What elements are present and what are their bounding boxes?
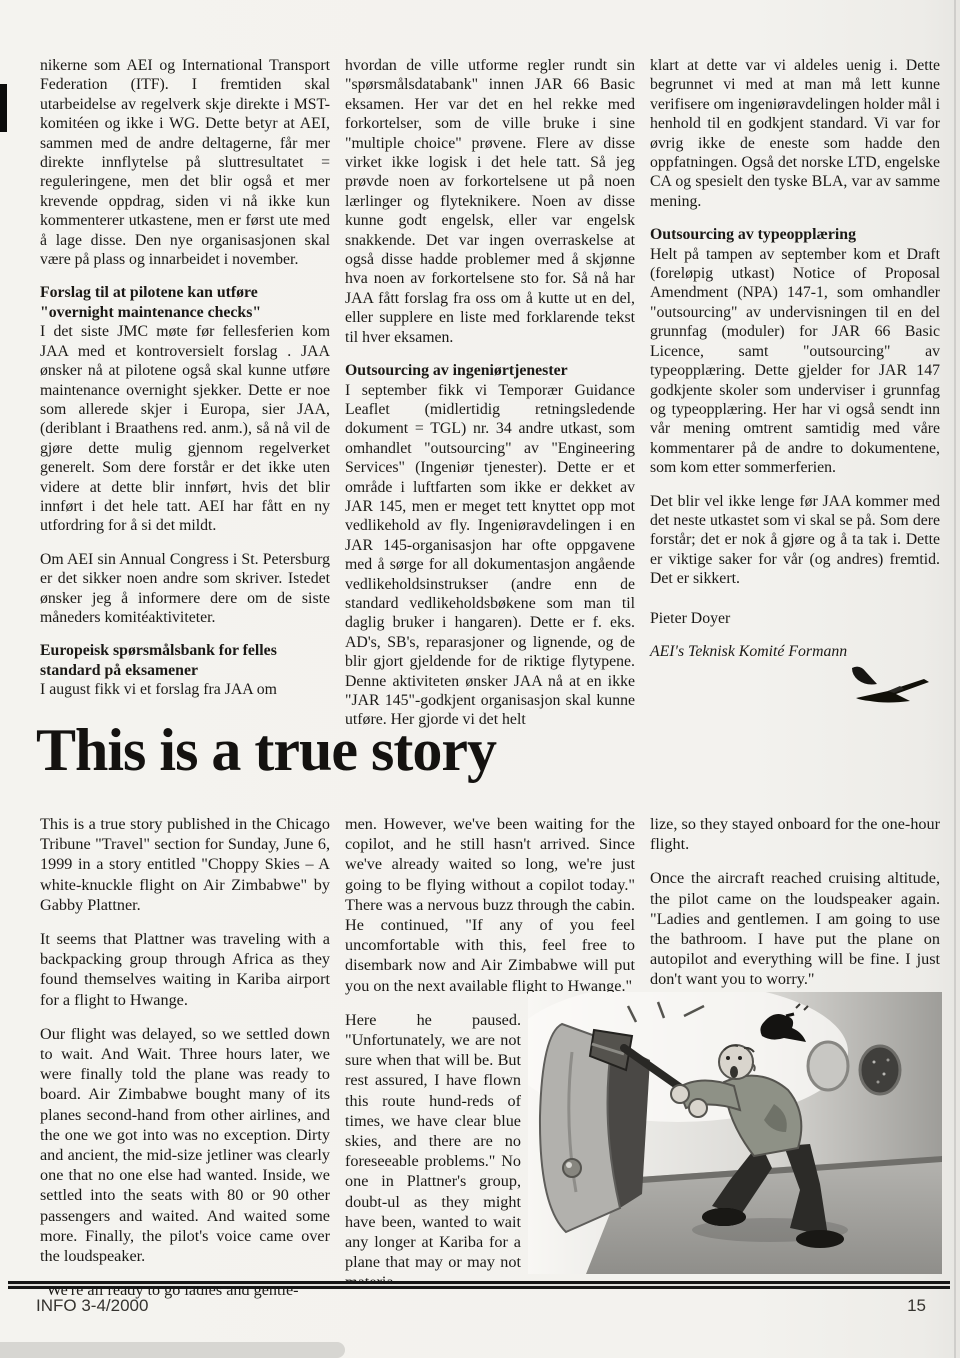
paragraph: Helt på tampen av september kom et Draft… xyxy=(650,245,940,478)
paragraph: Pieter Doyer xyxy=(650,609,940,628)
magazine-page: nikerne som AEI og International Transpo… xyxy=(0,0,960,1358)
footer-rule xyxy=(8,1281,950,1289)
section-heading: Outsourcing av typeopplæring xyxy=(650,225,940,244)
scan-artifact-bar xyxy=(0,84,7,132)
paragraph: nikerne som AEI og International Transpo… xyxy=(40,56,330,269)
aei-column-3: klart at dette var vi aldeles uenig i. D… xyxy=(650,56,940,744)
story-title: This is a true story xyxy=(36,716,496,785)
paragraph: lize, so they stayed onboard for the one… xyxy=(650,814,940,854)
section-heading: Europeisk spørsmålsbank for felles stand… xyxy=(40,641,330,680)
paragraph: AEI's Teknisk Komité Formann xyxy=(650,642,940,661)
airplane-icon xyxy=(830,662,934,706)
paragraph: Om AEI sin Annual Congress i St. Petersb… xyxy=(40,550,330,628)
airplane-signature xyxy=(830,662,934,711)
paragraph: I det siste JMC møte før fellesferien ko… xyxy=(40,322,330,535)
footer-issue-label: INFO 3-4/2000 xyxy=(36,1296,148,1316)
paragraph: Once the aircraft reached cruising altit… xyxy=(650,868,940,989)
aei-article: nikerne som AEI og International Transpo… xyxy=(40,56,940,744)
aei-column-2: hvordan de ville utforme regler rundt si… xyxy=(345,56,635,744)
paragraph: It seems that Plattner was traveling wit… xyxy=(40,929,330,1010)
aei-column-1: nikerne som AEI og International Transpo… xyxy=(40,56,330,744)
paragraph: Our flight was delayed, so we settled do… xyxy=(40,1024,330,1266)
story-column-1: This is a true story published in the Ch… xyxy=(40,814,330,1314)
paragraph: Here he paused. "Unfortunately, we are n… xyxy=(345,1010,521,1293)
section-heading: Forslag til at pilotene kan utføre "over… xyxy=(40,283,330,322)
cartoon-illustration xyxy=(528,992,942,1274)
footer-page-number: 15 xyxy=(907,1296,926,1316)
paragraph: men. However, we've been waiting for the… xyxy=(345,814,635,996)
scan-smudge xyxy=(0,1342,345,1358)
section-heading: Outsourcing av ingeniørtjenester xyxy=(345,361,635,380)
paragraph: hvordan de ville utforme regler rundt si… xyxy=(345,56,635,347)
paragraph: I september fikk vi Temporær Guidance Le… xyxy=(345,381,635,730)
paragraph: I august fikk vi et forslag fra JAA om xyxy=(40,680,330,699)
paragraph: klart at dette var vi aldeles uenig i. D… xyxy=(650,56,940,211)
scan-edge-line xyxy=(954,0,956,1358)
paragraph: Det blir vel ikke lenge før JAA kommer m… xyxy=(650,492,940,589)
cartoon-axe-cockpit-door-illustration xyxy=(528,992,942,1274)
paragraph: This is a true story published in the Ch… xyxy=(40,814,330,915)
